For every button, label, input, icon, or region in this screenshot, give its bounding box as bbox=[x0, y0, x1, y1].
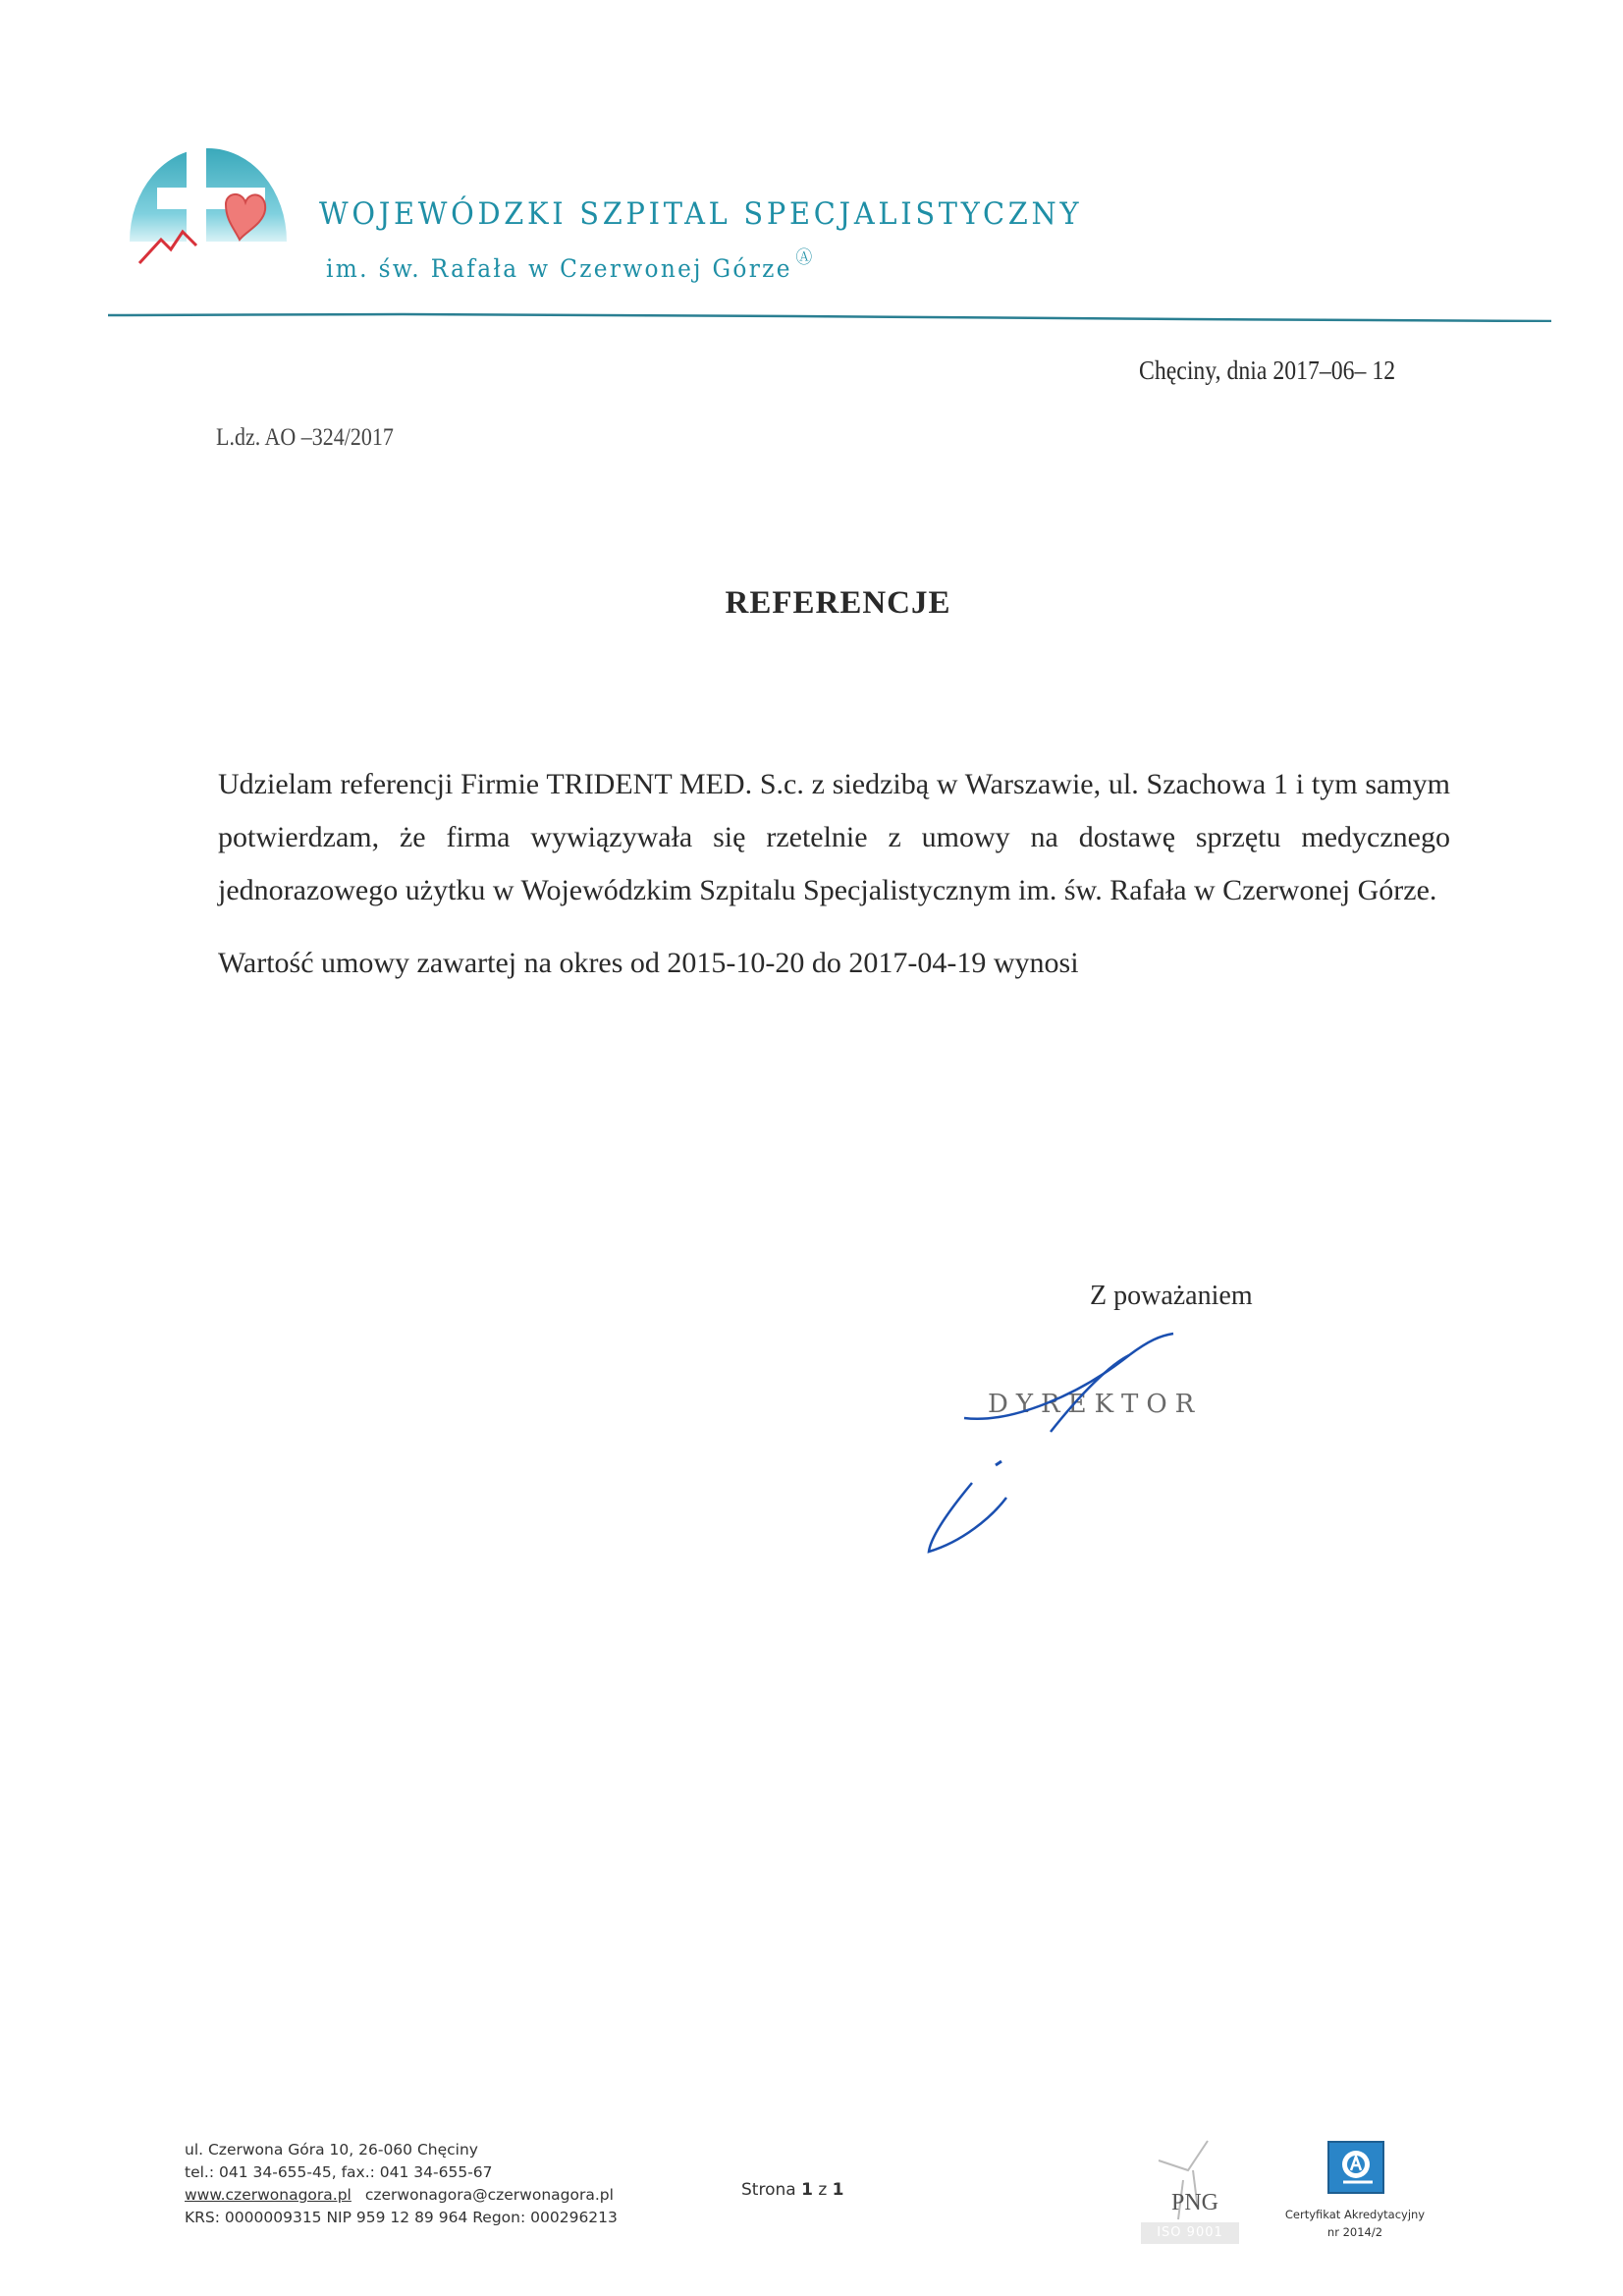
document-title-text: REFERENCJE bbox=[725, 585, 950, 622]
footer-contact: ul. Czerwona Góra 10, 26-060 Chęciny tel… bbox=[185, 2139, 618, 2229]
header-divider bbox=[108, 312, 1551, 322]
body-paragraph-2: Wartość umowy zawartej na okres od 2015-… bbox=[218, 937, 1450, 990]
hospital-logo-icon bbox=[120, 134, 297, 271]
handwritten-signature-icon bbox=[903, 1316, 1227, 1581]
iso-label: ISO 9001 bbox=[1141, 2222, 1239, 2244]
email-address[interactable]: czerwonagora@czerwonagora.pl bbox=[365, 2186, 614, 2204]
footer-web-email: www.czerwonagora.plczerwonagora@czerwona… bbox=[185, 2184, 618, 2207]
certificate-label: Certyfikat Akredytacyjny bbox=[1276, 2206, 1434, 2223]
footer-registry: KRS: 0000009315 NIP 959 12 89 964 Regon:… bbox=[185, 2207, 618, 2229]
page-current: 1 bbox=[801, 2180, 813, 2200]
website-link[interactable]: www.czerwonagora.pl bbox=[185, 2186, 352, 2204]
institution-name: WOJEWÓDZKI SZPITAL SPECJALISTYCZNY bbox=[319, 196, 1082, 232]
letter-body: Udzielam referencji Firmie TRIDENT MED. … bbox=[218, 758, 1450, 990]
certificate-caption: Certyfikat Akredytacyjny nr 2014/2 bbox=[1276, 2206, 1434, 2241]
page-label: Strona bbox=[741, 2180, 796, 2200]
body-paragraph-1: Udzielam referencji Firmie TRIDENT MED. … bbox=[218, 758, 1450, 917]
reference-number: L.dz. AO –324/2017 bbox=[216, 424, 394, 452]
closing-salutation: Z poważaniem bbox=[1090, 1281, 1253, 1312]
document-title: REFERENCJE bbox=[0, 585, 1623, 622]
page-number: Strona 1 z 1 bbox=[741, 2180, 844, 2200]
place-date: Chęciny, dnia 2017–06– 12 bbox=[1139, 355, 1395, 386]
page-total: 1 bbox=[833, 2180, 844, 2200]
page-sep: z bbox=[818, 2180, 827, 2200]
png-logo-text: PNG bbox=[1171, 2190, 1218, 2216]
institution-subtitle: im. św. Rafała w Czerwonej GórzeⒶ bbox=[326, 244, 815, 283]
accreditation-certificate-icon bbox=[1327, 2141, 1384, 2194]
accreditation-icon: Ⓐ bbox=[796, 244, 815, 269]
footer-address: ul. Czerwona Góra 10, 26-060 Chęciny bbox=[185, 2139, 618, 2161]
certificate-number: nr 2014/2 bbox=[1276, 2223, 1434, 2241]
institution-subtitle-text: im. św. Rafała w Czerwonej Górze bbox=[326, 254, 792, 283]
footer-phone-fax: tel.: 041 34-655-45, fax.: 041 34-655-67 bbox=[185, 2161, 618, 2184]
